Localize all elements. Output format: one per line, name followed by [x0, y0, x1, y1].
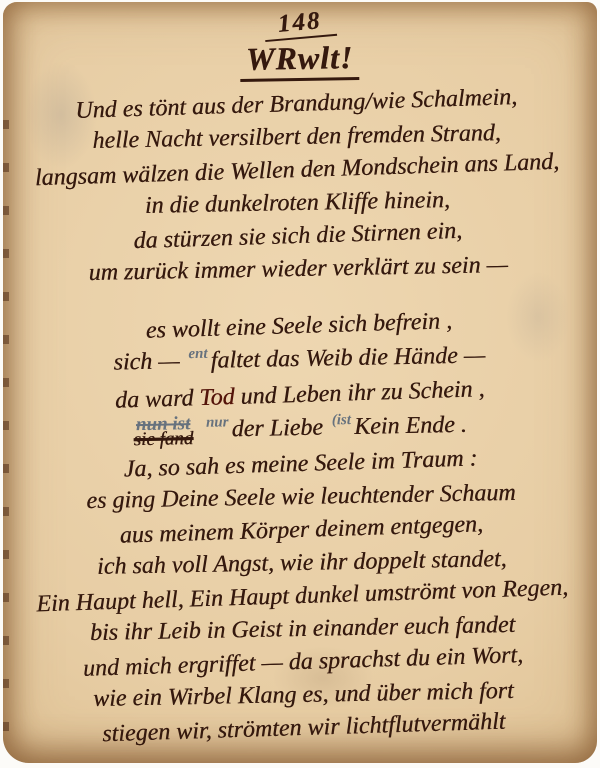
text-segment: Kein Ende . — [354, 412, 467, 440]
text-segment: der Liebe — [231, 414, 329, 442]
text-segment: aus meinem Körper deinem entgegen, — [119, 511, 483, 548]
text-segment: sich — — [113, 348, 185, 375]
struck-word: sie fand — [134, 432, 194, 448]
stanza: es wollt eine Seele sich befrein ,sich —… — [8, 306, 595, 748]
text-segment: es wollt eine Seele sich befrein , — [145, 308, 452, 344]
title-row: WRwlt! — [9, 42, 591, 81]
pencil-annotation: nur — [206, 414, 229, 430]
page-number: 148 — [263, 7, 337, 42]
text-segment: um zurück immer wieder verklärt zu sein … — [88, 252, 508, 286]
text-segment: faltet das Weib die Hände — — [210, 342, 485, 373]
text-segment: Ja, so sah es meine Seele im Traum : — [123, 445, 478, 482]
text-segment: da ward — [115, 385, 200, 414]
manuscript-page: 148 WRwlt! Und es tönt aus der Brandung/… — [3, 2, 597, 763]
text-segment: und Leben ihr zu Schein , — [234, 376, 485, 410]
manuscript-scan: { "document": { "page_number": "148", "t… — [0, 0, 600, 768]
poem-title: WRwlt! — [240, 41, 360, 82]
text-segment: da stürzen sie sich die Stirnen ein, — [133, 218, 462, 254]
page-content: 148 WRwlt! Und es tönt aus der Brandung/… — [3, 2, 597, 763]
pencil-annotation: ent — [188, 346, 207, 362]
poem: Und es tönt aus der Brandung/wie Schalme… — [5, 84, 595, 748]
text-segment: in die dunkelroten Kliffe hinein, — [145, 187, 451, 219]
text-segment: Tod — [199, 384, 235, 411]
pencil-annotation: (ist — [332, 412, 351, 428]
struck-words-stack: nun istsie fand — [133, 417, 193, 448]
page-number-row: 148 — [9, 10, 591, 39]
stanza: Und es tönt aus der Brandung/wie Schalme… — [5, 84, 589, 289]
